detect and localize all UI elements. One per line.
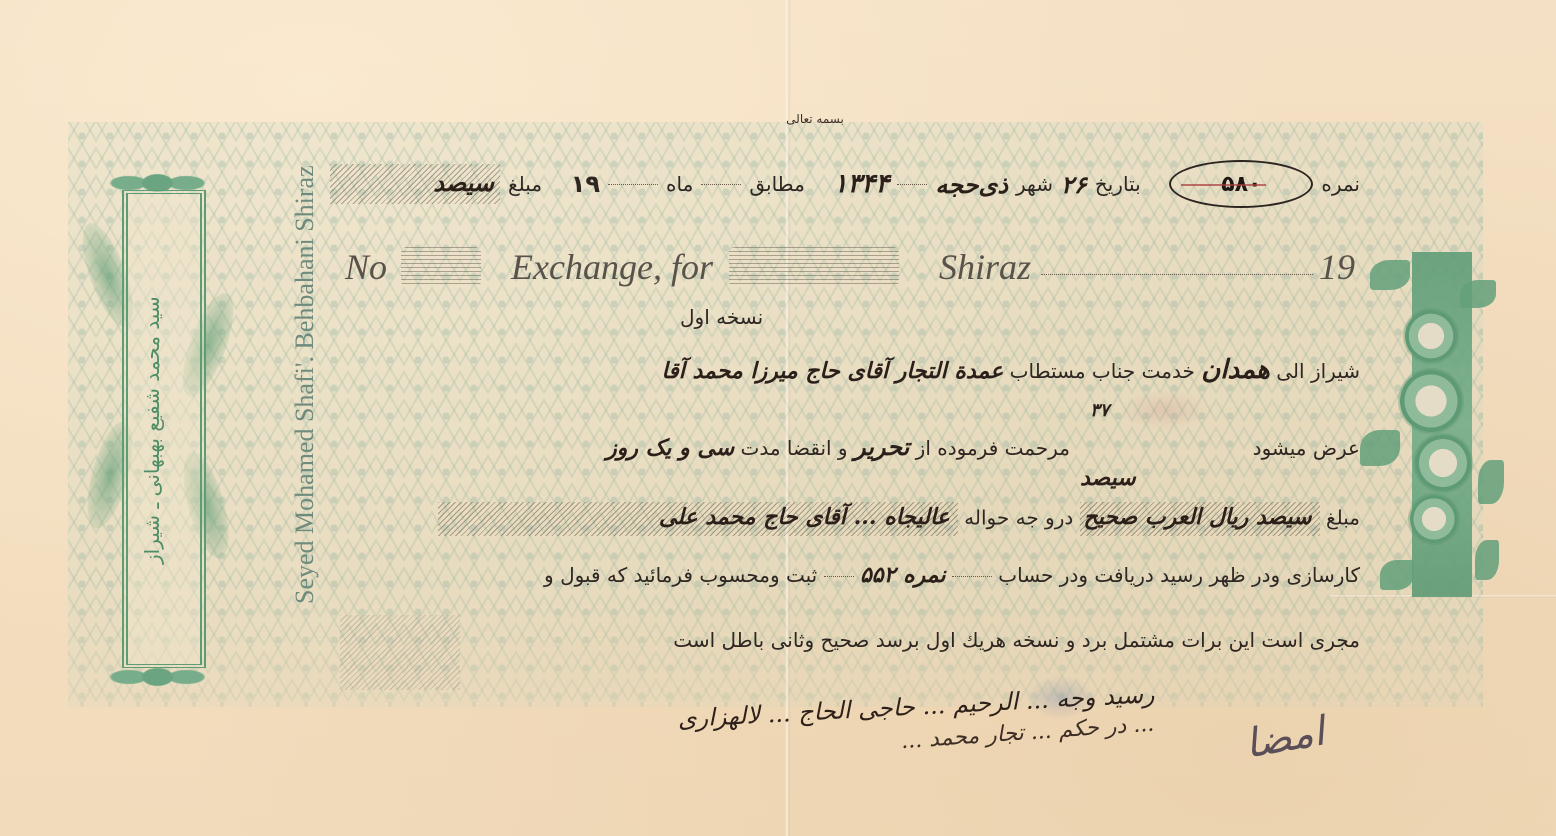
- pansy-flower-icon: [1400, 370, 1462, 432]
- exchange-label: Exchange, for: [511, 246, 713, 288]
- pansy-flower-icon: [1415, 435, 1471, 491]
- payee-hatched-box: عالیجاه ... آقای حاج محمد علی: [438, 502, 958, 536]
- leaf-icon: [1370, 260, 1410, 290]
- pansy-flower-icon: [1405, 310, 1457, 362]
- right-floral-ornament: [1360, 240, 1510, 640]
- leaf-icon: [1460, 280, 1496, 308]
- transfer-label: درو جه حواله: [964, 506, 1073, 530]
- pansy-flower-icon: [1410, 495, 1458, 543]
- amount-wavy-box: [729, 247, 899, 287]
- address-printed: شیراز الی: [1276, 359, 1360, 383]
- header-blessing: بسمه تعالی: [760, 112, 870, 126]
- handwritten-number: ۳۷: [1090, 400, 1109, 421]
- leaf-icon: [1478, 460, 1504, 504]
- amount-label-body: مبلغ: [1326, 506, 1360, 530]
- signature-hatched-box: [340, 615, 460, 690]
- number-label-en: No: [345, 246, 387, 288]
- request-term: تحریر: [854, 432, 909, 461]
- address-city: همدان: [1201, 355, 1270, 385]
- leaf-icon: [1360, 430, 1400, 466]
- address-line: شیراز الی همدان خدمت جناب مستطاب عمدة ال…: [480, 355, 1360, 385]
- month-value: ذی‌حجه: [935, 170, 1008, 199]
- amount-label: مبلغ: [508, 172, 542, 196]
- header-row-persian: نمره ۵۸۰ بتاریخ ۲۶ شهر ذی‌حجه ۱۳۴۴ مطابق…: [330, 160, 1360, 208]
- request-days: سی و یک روز: [606, 435, 734, 461]
- date-field: بتاریخ ۲۶ شهر ذی‌حجه ۱۳۴۴: [833, 169, 1140, 199]
- processing-line: کارسازی ودر ظهر رسید دریافت ودر حساب نمر…: [470, 562, 1360, 588]
- number-oval: ۵۸۰: [1169, 160, 1313, 208]
- faded-red-stamp: [1120, 390, 1210, 430]
- processing-text: کارسازی ودر ظهر رسید دریافت ودر حساب: [998, 563, 1360, 587]
- amount-value: سیصد: [433, 168, 494, 197]
- request-printed-1: عرض میشود: [1253, 436, 1360, 460]
- city-label: Shiraz: [939, 246, 1031, 288]
- equivalent-date-field: مطابق ماه ۱۹: [571, 170, 805, 198]
- request-printed-2: مرحمت فرموده از: [916, 436, 1070, 460]
- printer-imprint-persian: سید محمد شفیع بهبهانی ـ شیراز: [140, 240, 180, 620]
- number-wavy-box: [401, 247, 481, 287]
- equivalent-month-label: ماه: [666, 172, 693, 196]
- amount-body-hatched-box: سیصد ریال العرب صحیح: [1080, 502, 1320, 536]
- amount-body-value: سیصد ریال العرب صحیح: [1084, 504, 1312, 530]
- ornamental-base-icon: [100, 655, 215, 710]
- signature-right: امضا: [1242, 708, 1328, 767]
- year-value: ۱۳۴۴: [833, 169, 889, 199]
- amount-over-handwriting: سیصد: [1080, 465, 1136, 491]
- year-prefix: 19: [1319, 246, 1355, 288]
- request-printed-3: و انقضا مدت: [741, 436, 848, 460]
- date-label: بتاریخ: [1095, 172, 1141, 196]
- validity-line: مجری است این برات مشتمل برد و نسخه هریك …: [480, 628, 1360, 652]
- processing-text-end: ثبت ومحسوب فرمائید که قبول و: [544, 563, 817, 587]
- number-field: نمره ۵۸۰: [1169, 160, 1360, 208]
- copy-label: نسخه اول: [680, 305, 763, 329]
- amount-line: مبلغ سیصد ریال العرب صحیح درو جه حواله ع…: [330, 502, 1360, 536]
- number-label: نمره: [1321, 172, 1360, 196]
- payee-value: عالیجاه ... آقای حاج محمد علی: [659, 504, 950, 530]
- amount-field: مبلغ سیصد: [330, 164, 542, 204]
- printer-imprint-english: Seyed Mohamed Shafi'. Behbahani Shiraz: [290, 105, 330, 665]
- leaf-icon: [1475, 540, 1499, 580]
- request-line: عرض میشود مرحمت فرموده از تحریر و انقضا …: [600, 432, 1360, 461]
- account-number: نمره ۵۵۲: [860, 562, 946, 588]
- equivalent-label: مطابق: [749, 172, 804, 196]
- month-label: شهر: [1016, 172, 1053, 196]
- left-ornamental-column: سید محمد شفیع بهبهانی ـ شیراز: [100, 150, 215, 710]
- security-pattern-background: [68, 122, 1483, 707]
- address-service: خدمت جناب مستطاب: [1010, 359, 1195, 383]
- day-value: ۲۶: [1061, 170, 1087, 199]
- address-recipient: عمدة التجار آقای حاج میرزا محمد آقا: [662, 358, 1004, 384]
- century-value: ۱۹: [571, 170, 600, 198]
- leaf-icon: [1380, 560, 1414, 590]
- header-row-english: No Exchange, for Shiraz 19: [345, 242, 1355, 292]
- amount-hatched-box: سیصد: [330, 164, 500, 204]
- number-value: ۵۸۰: [1221, 172, 1261, 197]
